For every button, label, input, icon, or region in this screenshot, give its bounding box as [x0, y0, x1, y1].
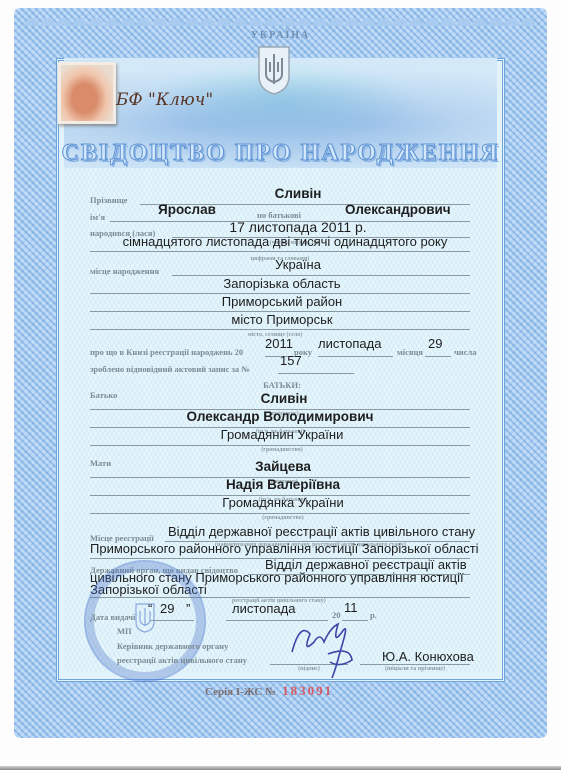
trident-emblem-icon — [256, 44, 292, 96]
registry-month: листопада — [318, 336, 381, 351]
surname-label: Прізвище — [90, 195, 128, 205]
country-label: УКРАЇНА — [0, 30, 561, 41]
registration-place-line-1: Відділ державної реєстрації актів цивіль… — [168, 524, 475, 539]
registry-prefix: про що в Книзі реєстрації народжень 20 — [90, 347, 243, 357]
registry-day-line — [425, 356, 451, 357]
mother-citizenship: Громадянка України — [222, 495, 343, 510]
signatory-name: Ю.А. Конюхова — [382, 649, 474, 664]
father-label: Батько — [90, 390, 117, 400]
mother-label: Мати — [90, 458, 111, 468]
mother-name: Надія Валеріївна — [226, 477, 340, 492]
birth-date-words: сімнадцятого листопада дві тисячі одинад… — [123, 234, 448, 249]
issue-date-label: Дата видачі — [90, 612, 135, 622]
logo-image — [58, 62, 116, 124]
issue-year-suffix: р. — [370, 610, 377, 620]
birthplace-city: місто Приморськ — [231, 312, 332, 327]
child-name: Ярослав — [158, 202, 216, 217]
border-scallops — [24, 10, 537, 26]
scan-edge — [0, 766, 561, 770]
mother-citizenship-hint: (громадянство) — [262, 515, 304, 521]
name-label: ім'я — [90, 212, 105, 222]
father-citizenship-hint: (громадянство) — [261, 447, 303, 453]
seal-label: МП — [117, 626, 132, 636]
signature-icon — [280, 612, 370, 680]
serial-number: 183091 — [282, 683, 333, 698]
birth-date-digits: 17 листопада 2011 р. — [229, 219, 366, 235]
registry-day: 29 — [428, 336, 442, 351]
birthplace-line-4 — [90, 329, 470, 330]
signatory-name-hint: (ініціали та прізвище) — [385, 666, 445, 672]
record-prefix: зроблено відповідний актовий запис за № — [90, 364, 250, 374]
father-surname: Сливін — [261, 391, 308, 406]
logo-text: БФ "Ключ" — [116, 90, 213, 110]
parents-heading: БАТЬКИ: — [263, 380, 301, 390]
signatory-role-line-1: Керівник державного органу — [117, 641, 228, 651]
father-citizenship: Громадянин України — [221, 427, 344, 442]
birthplace-district: Приморський район — [222, 294, 342, 309]
signatory-name-line — [360, 664, 470, 665]
child-surname: Сливін — [275, 186, 322, 201]
issue-day: 29 — [160, 601, 174, 616]
birthplace-region: Запорізька область — [223, 276, 340, 291]
child-patronymic: Олександрович — [345, 202, 451, 217]
father-name: Олександр Володимирович — [187, 409, 374, 424]
registry-day-suffix: числа — [454, 347, 476, 357]
document-title: СВІДОЦТВО ПРО НАРОДЖЕННЯ — [0, 140, 561, 167]
birth-date-words-line — [90, 251, 470, 252]
birthplace-label: місце народження — [90, 266, 159, 276]
registry-month-suffix: місяця — [397, 347, 423, 357]
series-number: Серія І-ЖС №183091 — [205, 683, 333, 699]
issue-day-line — [150, 620, 194, 621]
father-citizenship-line — [90, 445, 470, 446]
mother-surname: Зайцева — [255, 459, 311, 474]
registry-month-line — [318, 356, 393, 357]
record-number-line — [278, 373, 354, 374]
series-label: Серія І-ЖС № — [205, 686, 276, 698]
mother-citizenship-line — [90, 513, 470, 514]
stamp-trident-icon — [134, 602, 156, 634]
registry-year: 2011 — [265, 336, 293, 351]
record-number: 157 — [280, 353, 302, 368]
signatory-role-line-2: реєстрації актів цивільного стану — [117, 655, 247, 665]
registration-place-line-2: Приморського районного управління юстиці… — [90, 541, 479, 556]
birthplace-country: Україна — [275, 257, 321, 272]
